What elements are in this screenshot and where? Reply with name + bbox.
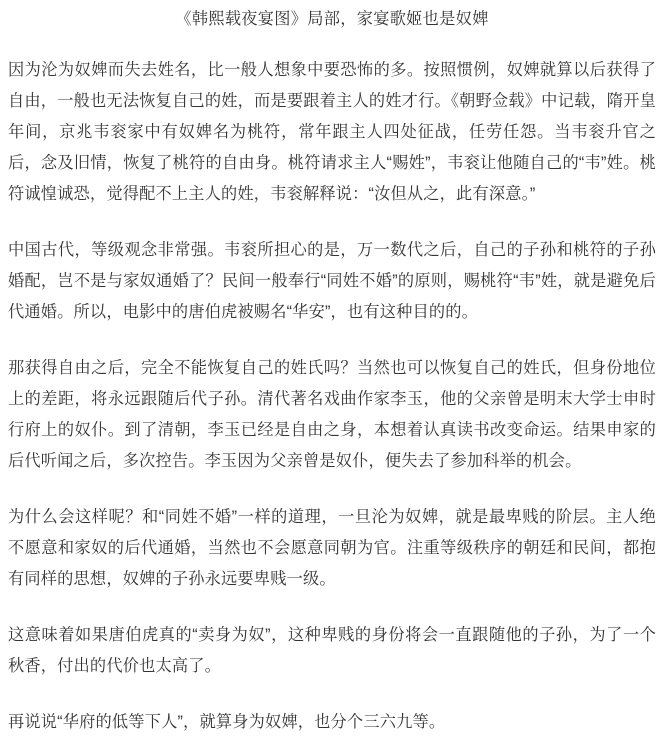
article-title: 《韩熙载夜宴图》局部，家宴歌姬也是奴婢 — [8, 4, 656, 35]
paragraph-2: 中国古代，等级观念非常强。韦衮所担心的是，万一数代之后，自己的子孙和桃符的子孙婚… — [8, 235, 656, 328]
article-body: 因为沦为奴婢而失去姓名，比一般人想象中要恐怖的多。按照惯例，奴婢就算以后获得了自… — [8, 55, 656, 738]
paragraph-3: 那获得自由之后，完全不能恢复自己的姓氏吗？当然也可以恢复自己的姓氏，但身份地位上… — [8, 353, 656, 477]
paragraph-4: 为什么会这样呢？和“同姓不婚”一样的道理，一旦沦为奴婢，就是最卑贱的阶层。主人绝… — [8, 502, 656, 595]
paragraph-6: 再说说“华府的低等下人”，就算身为奴婢，也分个三六九等。 — [8, 707, 656, 738]
article-page: 《韩熙载夜宴图》局部，家宴歌姬也是奴婢 因为沦为奴婢而失去姓名，比一般人想象中要… — [0, 0, 664, 752]
paragraph-5: 这意味着如果唐伯虎真的“卖身为奴”，这种卑贱的身份将会一直跟随他的子孙，为了一个… — [8, 620, 656, 682]
paragraph-1: 因为沦为奴婢而失去姓名，比一般人想象中要恐怖的多。按照惯例，奴婢就算以后获得了自… — [8, 55, 656, 210]
